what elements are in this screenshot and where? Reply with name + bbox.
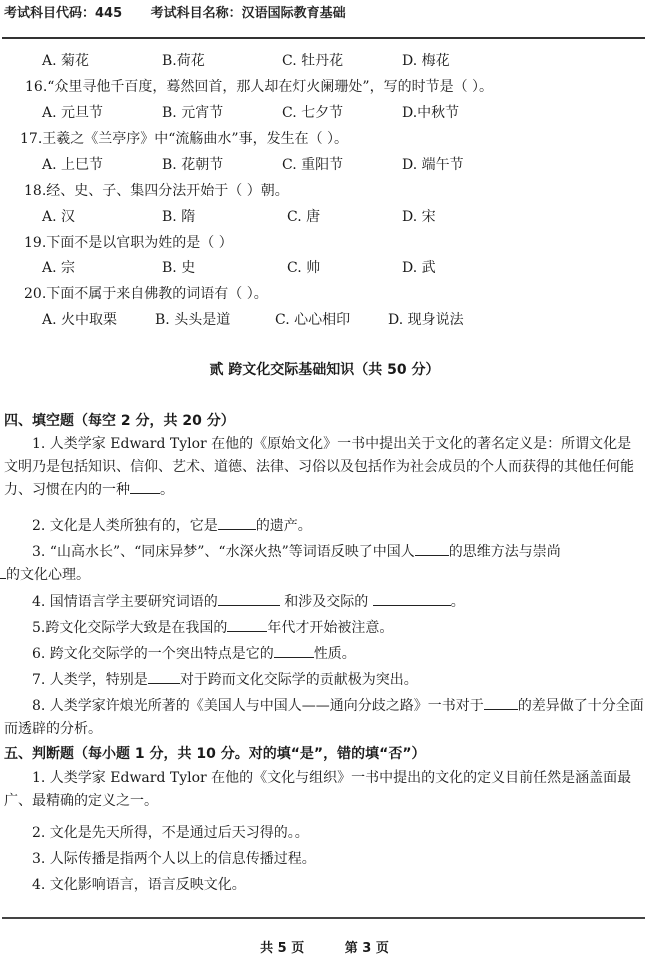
q15-option-a: A. 菊花 — [42, 52, 89, 70]
q17-option-c: C. 重阳节 — [282, 156, 343, 174]
current-page: 第 3 页 — [345, 941, 389, 956]
section-title: 贰 跨文化交际基础知识（共 50 分） — [0, 359, 649, 379]
fill-q3: 3. “山高水长”、“同床异梦”、“水深火热”等词语反映了中国人的思维方法与崇尚… — [4, 541, 644, 587]
q18-option-c: C. 唐 — [287, 208, 320, 226]
answer-blank[interactable] — [130, 479, 160, 494]
q18-option-b: B. 隋 — [162, 208, 195, 226]
fill-q1: 1. 人类学家 Edward Tylor 在他的《原始文化》一书中提出关于文化的… — [4, 433, 644, 502]
question-19: 19.下面不是以官职为姓的是（ ） — [24, 234, 233, 252]
q17-option-b: B. 花朝节 — [162, 156, 223, 174]
answer-blank[interactable] — [218, 591, 280, 606]
question-17: 17.王羲之《兰亭序》中“流觞曲水”事，发生在（ ）。 — [20, 130, 348, 148]
question-18: 18.经、史、子、集四分法开始于（ ）朝。 — [24, 182, 289, 200]
q20-option-c: C. 心心相印 — [275, 311, 350, 329]
judge-q3: 3. 人际传播是指两个人以上的信息传播过程。 — [4, 848, 644, 871]
page-footer: 共 5 页 第 3 页 — [0, 937, 649, 956]
q16-option-a: A. 元旦节 — [42, 104, 103, 122]
fill-q5: 5.跨文化交际学大致是在我国的年代才开始被注意。 — [4, 617, 644, 640]
part4-heading: 四、填空题（每空 2 分，共 20 分） — [4, 410, 235, 430]
fill-q4: 4. 国情语言学主要研究词语的 和涉及交际的 。 — [4, 591, 644, 614]
page-header: 考试科目代码：445 考试科目名称：汉语国际教育基础 — [4, 2, 346, 21]
q20-option-b: B. 头头是道 — [155, 311, 230, 329]
fill-q7: 7. 人类学，特别是对于跨而文化交际学的贡献极为突出。 — [4, 669, 644, 692]
answer-blank[interactable] — [148, 669, 180, 684]
subject-name: 考试科目名称：汉语国际教育基础 — [151, 6, 346, 21]
q19-option-c: C. 帅 — [287, 259, 320, 277]
q18-option-d: D. 宋 — [402, 208, 436, 226]
answer-blank[interactable] — [218, 515, 256, 530]
answer-blank[interactable] — [373, 591, 451, 606]
fill-q2: 2. 文化是人类所独有的，它是的遗产。 — [4, 515, 644, 538]
footer-divider — [2, 917, 645, 919]
fill-q6: 6. 跨文化交际学的一个突出特点是它的性质。 — [4, 643, 644, 666]
q19-option-b: B. 史 — [162, 259, 195, 277]
header-divider — [2, 37, 645, 39]
part5-heading: 五、判断题（每小题 1 分，共 10 分。对的填“是”，错的填“否”） — [4, 743, 426, 763]
q19-option-a: A. 宗 — [42, 259, 75, 277]
q19-option-d: D. 武 — [402, 259, 436, 277]
q16-option-d: D.中秋节 — [402, 104, 459, 122]
answer-blank[interactable] — [227, 617, 267, 632]
answer-blank[interactable] — [484, 695, 518, 710]
q15-option-b: B.荷花 — [162, 52, 205, 70]
q17-option-d: D. 端午节 — [402, 156, 464, 174]
q18-option-a: A. 汉 — [42, 208, 75, 226]
q16-option-b: B. 元宵节 — [162, 104, 223, 122]
total-pages: 共 5 页 — [260, 941, 304, 956]
q20-option-d: D. 现身说法 — [388, 311, 464, 329]
question-20: 20.下面不属于来自佛教的词语有（ ）。 — [24, 285, 268, 303]
q20-option-a: A. 火中取栗 — [42, 311, 117, 329]
judge-q4: 4. 文化影响语言，语言反映文化。 — [4, 874, 644, 897]
question-16: 16.“众里寻他千百度，蓦然回首，那人却在灯火阑珊处”，写的时节是（ ）。 — [25, 78, 493, 96]
judge-q2: 2. 文化是先天所得，不是通过后天习得的。。 — [4, 822, 644, 845]
answer-blank[interactable] — [274, 643, 314, 658]
exam-page: 考试科目代码：445 考试科目名称：汉语国际教育基础 A. 菊花 B.荷花 C.… — [0, 0, 649, 960]
judge-q1: 1. 人类学家 Edward Tylor 在他的《文化与组织》一书中提出的文化的… — [4, 767, 644, 813]
fill-q8: 8. 人类学家许烺光所著的《美国人与中国人——通向分歧之路》一书对于的差异做了十… — [4, 695, 644, 741]
q17-option-a: A. 上巳节 — [42, 156, 103, 174]
q16-option-c: C. 七夕节 — [282, 104, 343, 122]
q15-option-c: C. 牡丹花 — [282, 52, 343, 70]
answer-blank[interactable] — [415, 541, 449, 556]
subject-code: 考试科目代码：445 — [4, 6, 122, 21]
q15-option-d: D. 梅花 — [402, 52, 450, 70]
